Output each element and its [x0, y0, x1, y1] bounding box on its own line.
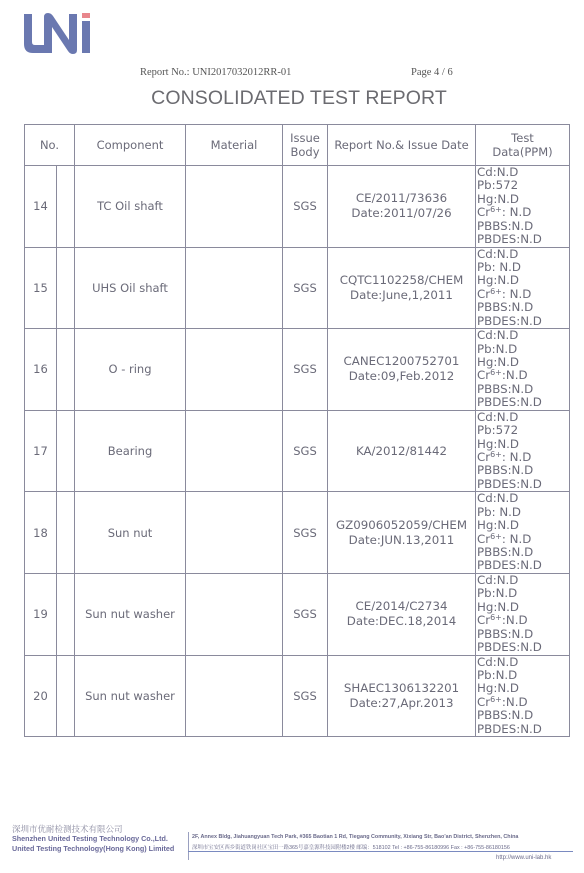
hg-value: Hg:N.D [477, 601, 569, 614]
issue-body-cell: SGS [283, 573, 328, 655]
issue-date-text: Date:09,Feb.2012 [328, 369, 475, 384]
cr6-value: Cr6+:N.D [477, 696, 569, 709]
test-results-table: No. Component Material IssueBody Report … [24, 124, 570, 737]
footer-address-cn: 深圳市宝安区西乡街道铁岗社区宝田一路365号嘉皇源科技园附楼2楼 邮编：5181… [192, 843, 510, 851]
issue-body-cell: SGS [283, 410, 328, 492]
issue-body-cell: SGS [283, 247, 328, 329]
material-cell [186, 329, 283, 411]
pb-value: Pb:572 [477, 179, 569, 192]
row-number: 14 [25, 166, 57, 248]
header-material: Material [186, 125, 283, 166]
hg-value: Hg:N.D [477, 519, 569, 532]
table-row: 15 UHS Oil shaft SGS CQTC1102258/CHEM Da… [25, 247, 570, 329]
pbbs-value: PBBS:N.D [477, 464, 569, 477]
row-number: 20 [25, 655, 57, 737]
cd-value: Cd:N.D [477, 329, 569, 342]
row-number: 16 [25, 329, 57, 411]
cr6-value: Cr6+:N.D [477, 369, 569, 382]
report-no-cell: GZ0906052059/CHEM Date:JUN.13,2011 [328, 492, 476, 574]
pbdes-value: PBDES:N.D [477, 559, 569, 572]
pbbs-value: PBBS:N.D [477, 301, 569, 314]
report-number-text: KA/2012/81442 [328, 444, 475, 459]
cr6-value: Cr6+: N.D [477, 533, 569, 546]
issue-date-text: Date:JUN.13,2011 [328, 533, 475, 548]
pb-value: Pb:N.D [477, 587, 569, 600]
row-blank-cell [57, 573, 75, 655]
table-row: 16 O - ring SGS CANEC1200752701 Date:09,… [25, 329, 570, 411]
component-cell: UHS Oil shaft [75, 247, 186, 329]
report-number-text: CANEC1200752701 [328, 354, 475, 369]
cr6-value: Cr6+: N.D [477, 451, 569, 464]
cr6-value: Cr6+: N.D [477, 206, 569, 219]
row-number: 17 [25, 410, 57, 492]
cd-value: Cd:N.D [477, 574, 569, 587]
report-no-cell: SHAEC1306132201 Date:27,Apr.2013 [328, 655, 476, 737]
material-cell [186, 166, 283, 248]
row-number: 19 [25, 573, 57, 655]
row-blank-cell [57, 166, 75, 248]
report-number: Report No.: UNI2017032012RR-01 [140, 67, 291, 78]
pb-value: Pb: N.D [477, 506, 569, 519]
test-data-cell: Cd:N.D Pb:572 Hg:N.D Cr6+: N.D PBBS:N.D … [476, 166, 570, 248]
component-cell: Bearing [75, 410, 186, 492]
report-no-cell: CANEC1200752701 Date:09,Feb.2012 [328, 329, 476, 411]
pbbs-value: PBBS:N.D [477, 628, 569, 641]
report-number-text: CE/2014/C2734 [328, 599, 475, 614]
issue-date-text: Date:June,1,2011 [328, 288, 475, 303]
component-cell: Sun nut washer [75, 655, 186, 737]
report-no-cell: CQTC1102258/CHEM Date:June,1,2011 [328, 247, 476, 329]
page-title: CONSOLIDATED TEST REPORT [0, 87, 584, 110]
hg-value: Hg:N.D [477, 682, 569, 695]
component-cell: Sun nut [75, 492, 186, 574]
hg-value: Hg:N.D [477, 356, 569, 369]
issue-body-cell: SGS [283, 166, 328, 248]
header-no: No. [25, 125, 75, 166]
component-cell: O - ring [75, 329, 186, 411]
row-blank-cell [57, 329, 75, 411]
report-number-text: CE/2011/73636 [328, 191, 475, 206]
report-number-text: SHAEC1306132201 [328, 681, 475, 696]
uni-logo-icon [22, 12, 94, 54]
test-data-cell: Cd:N.D Pb:N.D Hg:N.D Cr6+:N.D PBBS:N.D P… [476, 329, 570, 411]
pbdes-value: PBDES:N.D [477, 396, 569, 409]
table-row: 19 Sun nut washer SGS CE/2014/C2734 Date… [25, 573, 570, 655]
issue-date-text: Date:27,Apr.2013 [328, 696, 475, 711]
footer-address-en: 2F, Annex Bldg, Jiahuangyuan Tech Park, … [192, 834, 518, 840]
material-cell [186, 247, 283, 329]
test-data-cell: Cd:N.D Pb:N.D Hg:N.D Cr6+:N.D PBBS:N.D P… [476, 573, 570, 655]
pbdes-value: PBDES:N.D [477, 641, 569, 654]
material-cell [186, 655, 283, 737]
test-data-cell: Cd:N.D Pb: N.D Hg:N.D Cr6+: N.D PBBS:N.D… [476, 492, 570, 574]
material-cell [186, 573, 283, 655]
issue-body-cell: SGS [283, 655, 328, 737]
footer-divider-vertical [188, 832, 189, 860]
test-data-cell: Cd:N.D Pb:572 Hg:N.D Cr6+: N.D PBBS:N.D … [476, 410, 570, 492]
issue-body-cell: SGS [283, 329, 328, 411]
pbdes-value: PBDES:N.D [477, 723, 569, 736]
pbdes-value: PBDES:N.D [477, 315, 569, 328]
pbdes-value: PBDES:N.D [477, 478, 569, 491]
header-component: Component [75, 125, 186, 166]
row-blank-cell [57, 655, 75, 737]
row-number: 15 [25, 247, 57, 329]
pb-value: Pb: N.D [477, 261, 569, 274]
cd-value: Cd:N.D [477, 492, 569, 505]
row-blank-cell [57, 410, 75, 492]
header-test-data: TestData(PPM) [476, 125, 570, 166]
table-row: 20 Sun nut washer SGS SHAEC1306132201 Da… [25, 655, 570, 737]
footer-divider-horizontal [188, 851, 573, 852]
page-number: Page 4 / 6 [411, 67, 453, 78]
footer-company-en: Shenzhen United Testing Technology Co.,L… [12, 834, 168, 843]
component-cell: TC Oil shaft [75, 166, 186, 248]
row-blank-cell [57, 247, 75, 329]
cd-value: Cd:N.D [477, 656, 569, 669]
pbdes-value: PBDES:N.D [477, 233, 569, 246]
report-no-cell: KA/2012/81442 [328, 410, 476, 492]
hg-value: Hg:N.D [477, 274, 569, 287]
company-logo [22, 12, 94, 54]
table-header-row: No. Component Material IssueBody Report … [25, 125, 570, 166]
report-no-cell: CE/2011/73636 Date:2011/07/26 [328, 166, 476, 248]
report-no-cell: CE/2014/C2734 Date:DEC.18,2014 [328, 573, 476, 655]
test-data-cell: Cd:N.D Pb: N.D Hg:N.D Cr6+: N.D PBBS:N.D… [476, 247, 570, 329]
footer-company-hk: United Testing Technology(Hong Kong) Lim… [12, 844, 174, 853]
table-row: 17 Bearing SGS KA/2012/81442 Cd:N.D Pb:5… [25, 410, 570, 492]
material-cell [186, 492, 283, 574]
pbbs-value: PBBS:N.D [477, 709, 569, 722]
cr6-value: Cr6+:N.D [477, 614, 569, 627]
cr6-value: Cr6+: N.D [477, 288, 569, 301]
issue-body-cell: SGS [283, 492, 328, 574]
issue-date-text: Date:DEC.18,2014 [328, 614, 475, 629]
row-number: 18 [25, 492, 57, 574]
hg-value: Hg:N.D [477, 438, 569, 451]
test-data-cell: Cd:N.D Pb:N.D Hg:N.D Cr6+:N.D PBBS:N.D P… [476, 655, 570, 737]
pb-value: Pb:572 [477, 424, 569, 437]
report-number-text: GZ0906052059/CHEM [328, 518, 475, 533]
table-row: 14 TC Oil shaft SGS CE/2011/73636 Date:2… [25, 166, 570, 248]
cd-value: Cd:N.D [477, 248, 569, 261]
pb-value: Pb:N.D [477, 669, 569, 682]
cd-value: Cd:N.D [477, 411, 569, 424]
header-issue-body: IssueBody [283, 125, 328, 166]
pbbs-value: PBBS:N.D [477, 220, 569, 233]
hg-value: Hg:N.D [477, 193, 569, 206]
cd-value: Cd:N.D [477, 166, 569, 179]
footer-website-link[interactable]: http://www.uni-lab.hk [496, 855, 551, 861]
row-blank-cell [57, 492, 75, 574]
material-cell [186, 410, 283, 492]
issue-date-text: Date:2011/07/26 [328, 206, 475, 221]
header-report-no: Report No.& Issue Date [328, 125, 476, 166]
pbbs-value: PBBS:N.D [477, 383, 569, 396]
component-cell: Sun nut washer [75, 573, 186, 655]
table-row: 18 Sun nut SGS GZ0906052059/CHEM Date:JU… [25, 492, 570, 574]
pb-value: Pb:N.D [477, 343, 569, 356]
pbbs-value: PBBS:N.D [477, 546, 569, 559]
report-number-text: CQTC1102258/CHEM [328, 273, 475, 288]
